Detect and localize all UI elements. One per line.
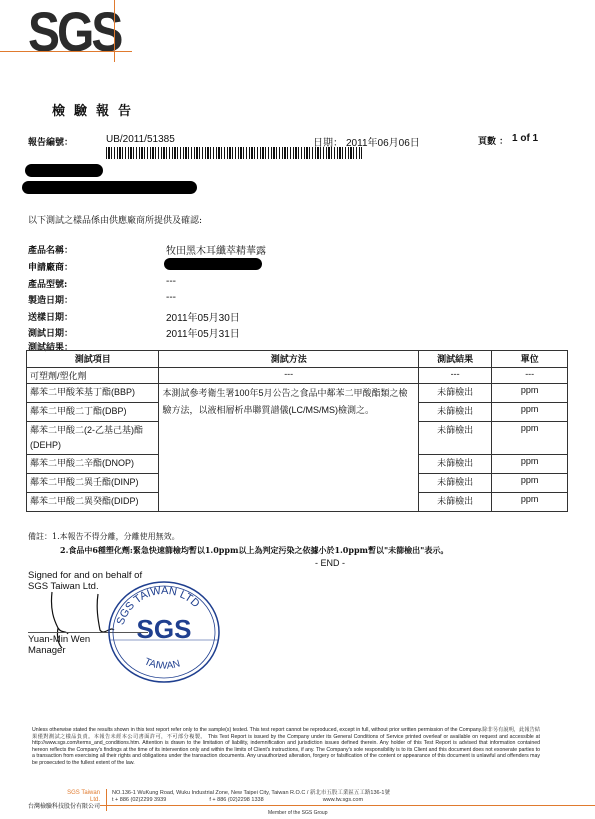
test-unit: ppm [492, 422, 568, 455]
table-row-category: 可塑劑/塑化劑 --- --- --- [27, 368, 568, 384]
redacted-applicant [164, 258, 262, 270]
note-1: 備註：1.本報告不得分離，分離使用無效。 [28, 531, 180, 542]
stamp-bottom-text: TAIWAN [142, 656, 181, 672]
signer-title: Manager [28, 645, 90, 656]
company-stamp: SGS TAIWAN LTD SGS TAIWAN [104, 578, 222, 684]
col-header-method: 測試方法 [159, 351, 418, 368]
signer-block: Yuan-Min Wen Manager [28, 634, 90, 656]
test-result: 未篩檢出 [418, 403, 491, 422]
sgs-logo: SGS [28, 6, 120, 61]
footer-company: SGS Taiwan Ltd. 台灣檢驗科技股份有限公司 [60, 790, 100, 811]
footer-contact: NO.136-1 WuKung Road, Wuku Industrial Zo… [112, 790, 390, 804]
test-result: 未篩檢出 [418, 455, 491, 474]
test-unit: ppm [492, 384, 568, 403]
test-item: 鄰苯二甲酸二辛酯(DNOP) [27, 455, 159, 474]
field-label-mfg-date: 製造日期： [28, 293, 73, 306]
report-no-label: 報告編號： [28, 135, 73, 148]
footer-divider-vertical [106, 789, 107, 811]
table-header-row: 測試項目 測試方法 測試結果 單位 [27, 351, 568, 368]
field-label-test-date: 測試日期： [28, 326, 73, 339]
field-value-model: --- [166, 276, 176, 287]
signer-name: Yuan-Min Wen [28, 634, 90, 645]
page-label: 頁數 ： [478, 134, 508, 147]
page-count: 1 of 1 [512, 133, 538, 144]
footer-website[interactable]: www.tw.sgs.com [323, 797, 363, 803]
category-method: --- [159, 368, 418, 384]
category-item: 可塑劑/塑化劑 [27, 368, 159, 384]
col-header-result: 測試結果 [418, 351, 491, 368]
field-value-received-date: 2011年05月30日 [166, 309, 240, 324]
logo-divider [0, 51, 132, 52]
category-result: --- [418, 368, 491, 384]
footer-company-zh: 台灣檢驗科技股份有限公司 [60, 804, 100, 811]
field-value-mfg-date: --- [166, 292, 176, 303]
col-header-unit: 單位 [492, 351, 568, 368]
field-label-applicant: 申請廠商： [28, 260, 73, 273]
field-value-test-date: 2011年05月31日 [166, 325, 240, 340]
col-header-item: 測試項目 [27, 351, 159, 368]
test-result: 未篩檢出 [418, 474, 491, 493]
test-result: 未篩檢出 [418, 384, 491, 403]
footer-company-en: SGS Taiwan Ltd. [60, 790, 100, 804]
field-label-model: 產品型號: [28, 277, 67, 290]
table-row: 鄰苯二甲酸苯基丁酯(BBP) 本測試參考衛生署100年5月公告之食品中鄰苯二甲酸… [27, 384, 568, 403]
intro-text: 以下測試之樣品係由供應廠商所提供及確認: [28, 213, 202, 226]
test-item: 鄰苯二甲酸二異壬酯(DINP) [27, 474, 159, 493]
test-item: 鄰苯二甲酸二(2-乙基己基)酯(DEHP) [27, 422, 159, 455]
field-label-received-date: 送樣日期： [28, 310, 73, 323]
test-item: 鄰苯二甲酸苯基丁酯(BBP) [27, 384, 159, 403]
redacted-block [22, 181, 197, 194]
end-marker: - END - [0, 558, 595, 568]
field-value-product-name: 牧田黑木耳纖萃精華露 [166, 242, 266, 257]
report-title: 檢驗報告 [52, 100, 140, 119]
test-item: 鄰苯二甲酸二丁酯(DBP) [27, 403, 159, 422]
results-table: 測試項目 測試方法 測試結果 單位 可塑劑/塑化劑 --- --- --- 鄰苯… [26, 350, 568, 512]
test-method: 本測試參考衛生署100年5月公告之食品中鄰苯二甲酸酯類之檢驗方法，以液相層析串聯… [159, 384, 418, 512]
test-unit: ppm [492, 455, 568, 474]
footer-address: NO.136-1 WuKung Road, Wuku Industrial Zo… [112, 790, 390, 797]
test-item: 鄰苯二甲酸二異癸酯(DIDP) [27, 493, 159, 512]
disclaimer-text: Unless otherwise stated the results show… [32, 727, 540, 767]
footer-tel: t + 886 (02)2299 3939 [112, 797, 166, 803]
test-unit: ppm [492, 493, 568, 512]
barcode [106, 147, 362, 159]
note-2: 2.食品中6種塑化劑:緊急快速篩檢均暫以1.0ppm以上為判定污染之依據小於1.… [60, 545, 448, 556]
category-unit: --- [492, 368, 568, 384]
footer-fax: f + 886 (02)2298 1338 [209, 797, 263, 803]
field-label-product-name: 產品名稱： [28, 243, 73, 256]
stamp-center-text: SGS [137, 614, 192, 644]
test-result: 未篩檢出 [418, 493, 491, 512]
report-no: UB/2011/51385 [106, 134, 175, 145]
footer-member: Member of the SGS Group [268, 810, 327, 816]
test-result: 未篩檢出 [418, 422, 491, 455]
redacted-block [25, 164, 103, 177]
test-unit: ppm [492, 474, 568, 493]
logo-divider-vertical [114, 0, 115, 62]
footer-divider [100, 805, 595, 806]
test-unit: ppm [492, 403, 568, 422]
